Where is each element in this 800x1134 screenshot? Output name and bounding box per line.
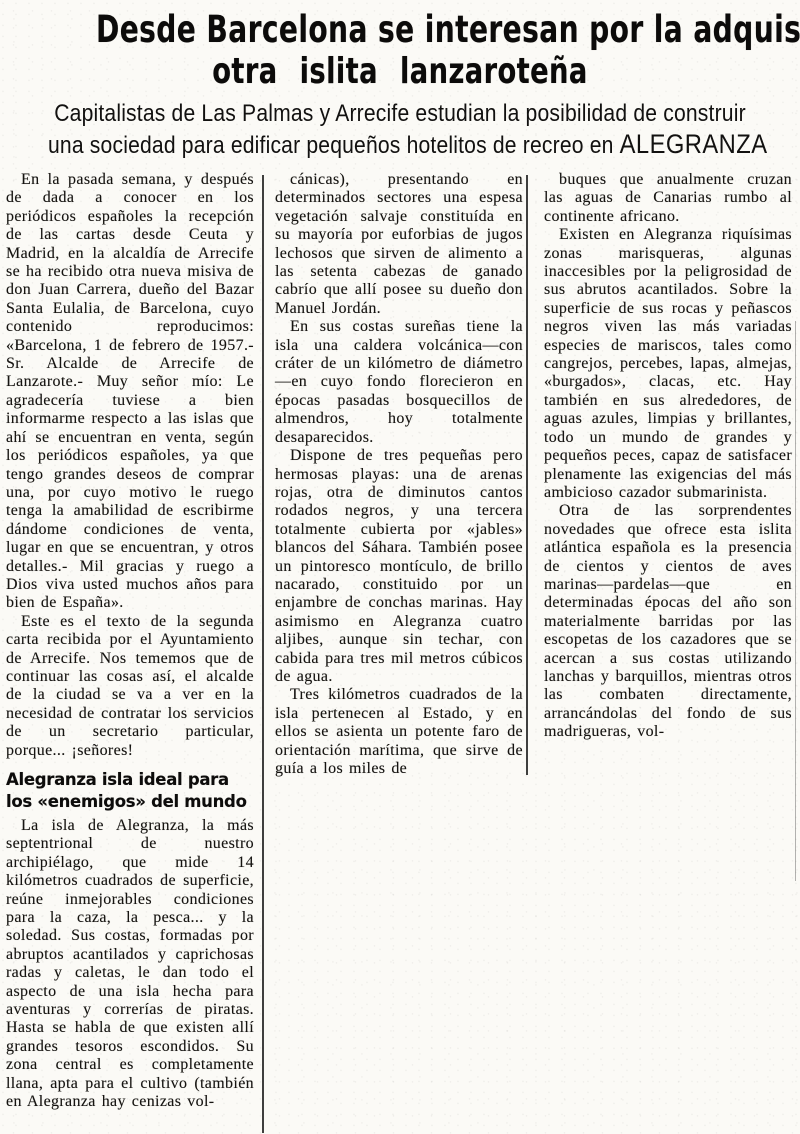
subheadline: Capitalistas de Las Palmas y Arrecife es… [0,98,800,161]
paragraph-vegetation: cánicas), presentando en determinados se… [275,171,523,318]
subheadline-line-2-text: una sociedad para edificar pequeños hote… [48,132,620,159]
headline-line-2: otra islita lanzaroteña [96,52,704,92]
column-3: buques que anualmente cruzan las aguas d… [544,171,792,1112]
article-body: En la pasada semana, y después de dada a… [0,171,800,1134]
paragraph-letter-intro: En la pasada semana, y después de dada a… [6,171,254,613]
headline-line-1: Desde Barcelona se interesan por la adqu… [96,8,704,52]
newspaper-clipping: Desde Barcelona se interesan por la adqu… [0,0,800,1134]
paragraph-island-description: La isla de Alegranza, la más septentrion… [6,817,254,1112]
paragraph-playas: Dispone de tres pequeñas pero hermosas p… [275,447,523,686]
columns: En la pasada semana, y después de dada a… [0,171,800,1112]
subheadline-line-1: Capitalistas de Las Palmas y Arrecife es… [48,98,752,129]
headline: Desde Barcelona se interesan por la adqu… [0,8,800,92]
subheadline-highlight: ALEGRANZA [620,129,768,159]
subheadline-line-2: una sociedad para edificar pequeños hote… [48,129,752,161]
column-divider-2 [526,175,528,775]
paragraph-buques: buques que anualmente cruzan las aguas d… [544,171,792,226]
paragraph-caldera: En sus costas sureñas tiene la isla una … [275,318,523,447]
column-divider-1 [262,175,264,1133]
column-2: cánicas), presentando en determinados se… [275,171,523,1112]
paragraph-editor-comment: Este es el texto de la segunda carta rec… [6,613,254,760]
article-header: Desde Barcelona se interesan por la adqu… [0,0,800,161]
column-1: En la pasada semana, y después de dada a… [6,171,254,1112]
paragraph-aves-marinas: Otra de las sorprendentes novedades que … [544,502,792,741]
page-edge-rule [795,321,796,881]
paragraph-mariscos: Existen en Alegranza riquísimas zonas ma… [544,226,792,502]
section-subhead: Alegranza isla ideal para los «enemigos»… [6,769,254,813]
paragraph-faro: Tres kilómetros cuadrados de la isla per… [275,686,523,778]
